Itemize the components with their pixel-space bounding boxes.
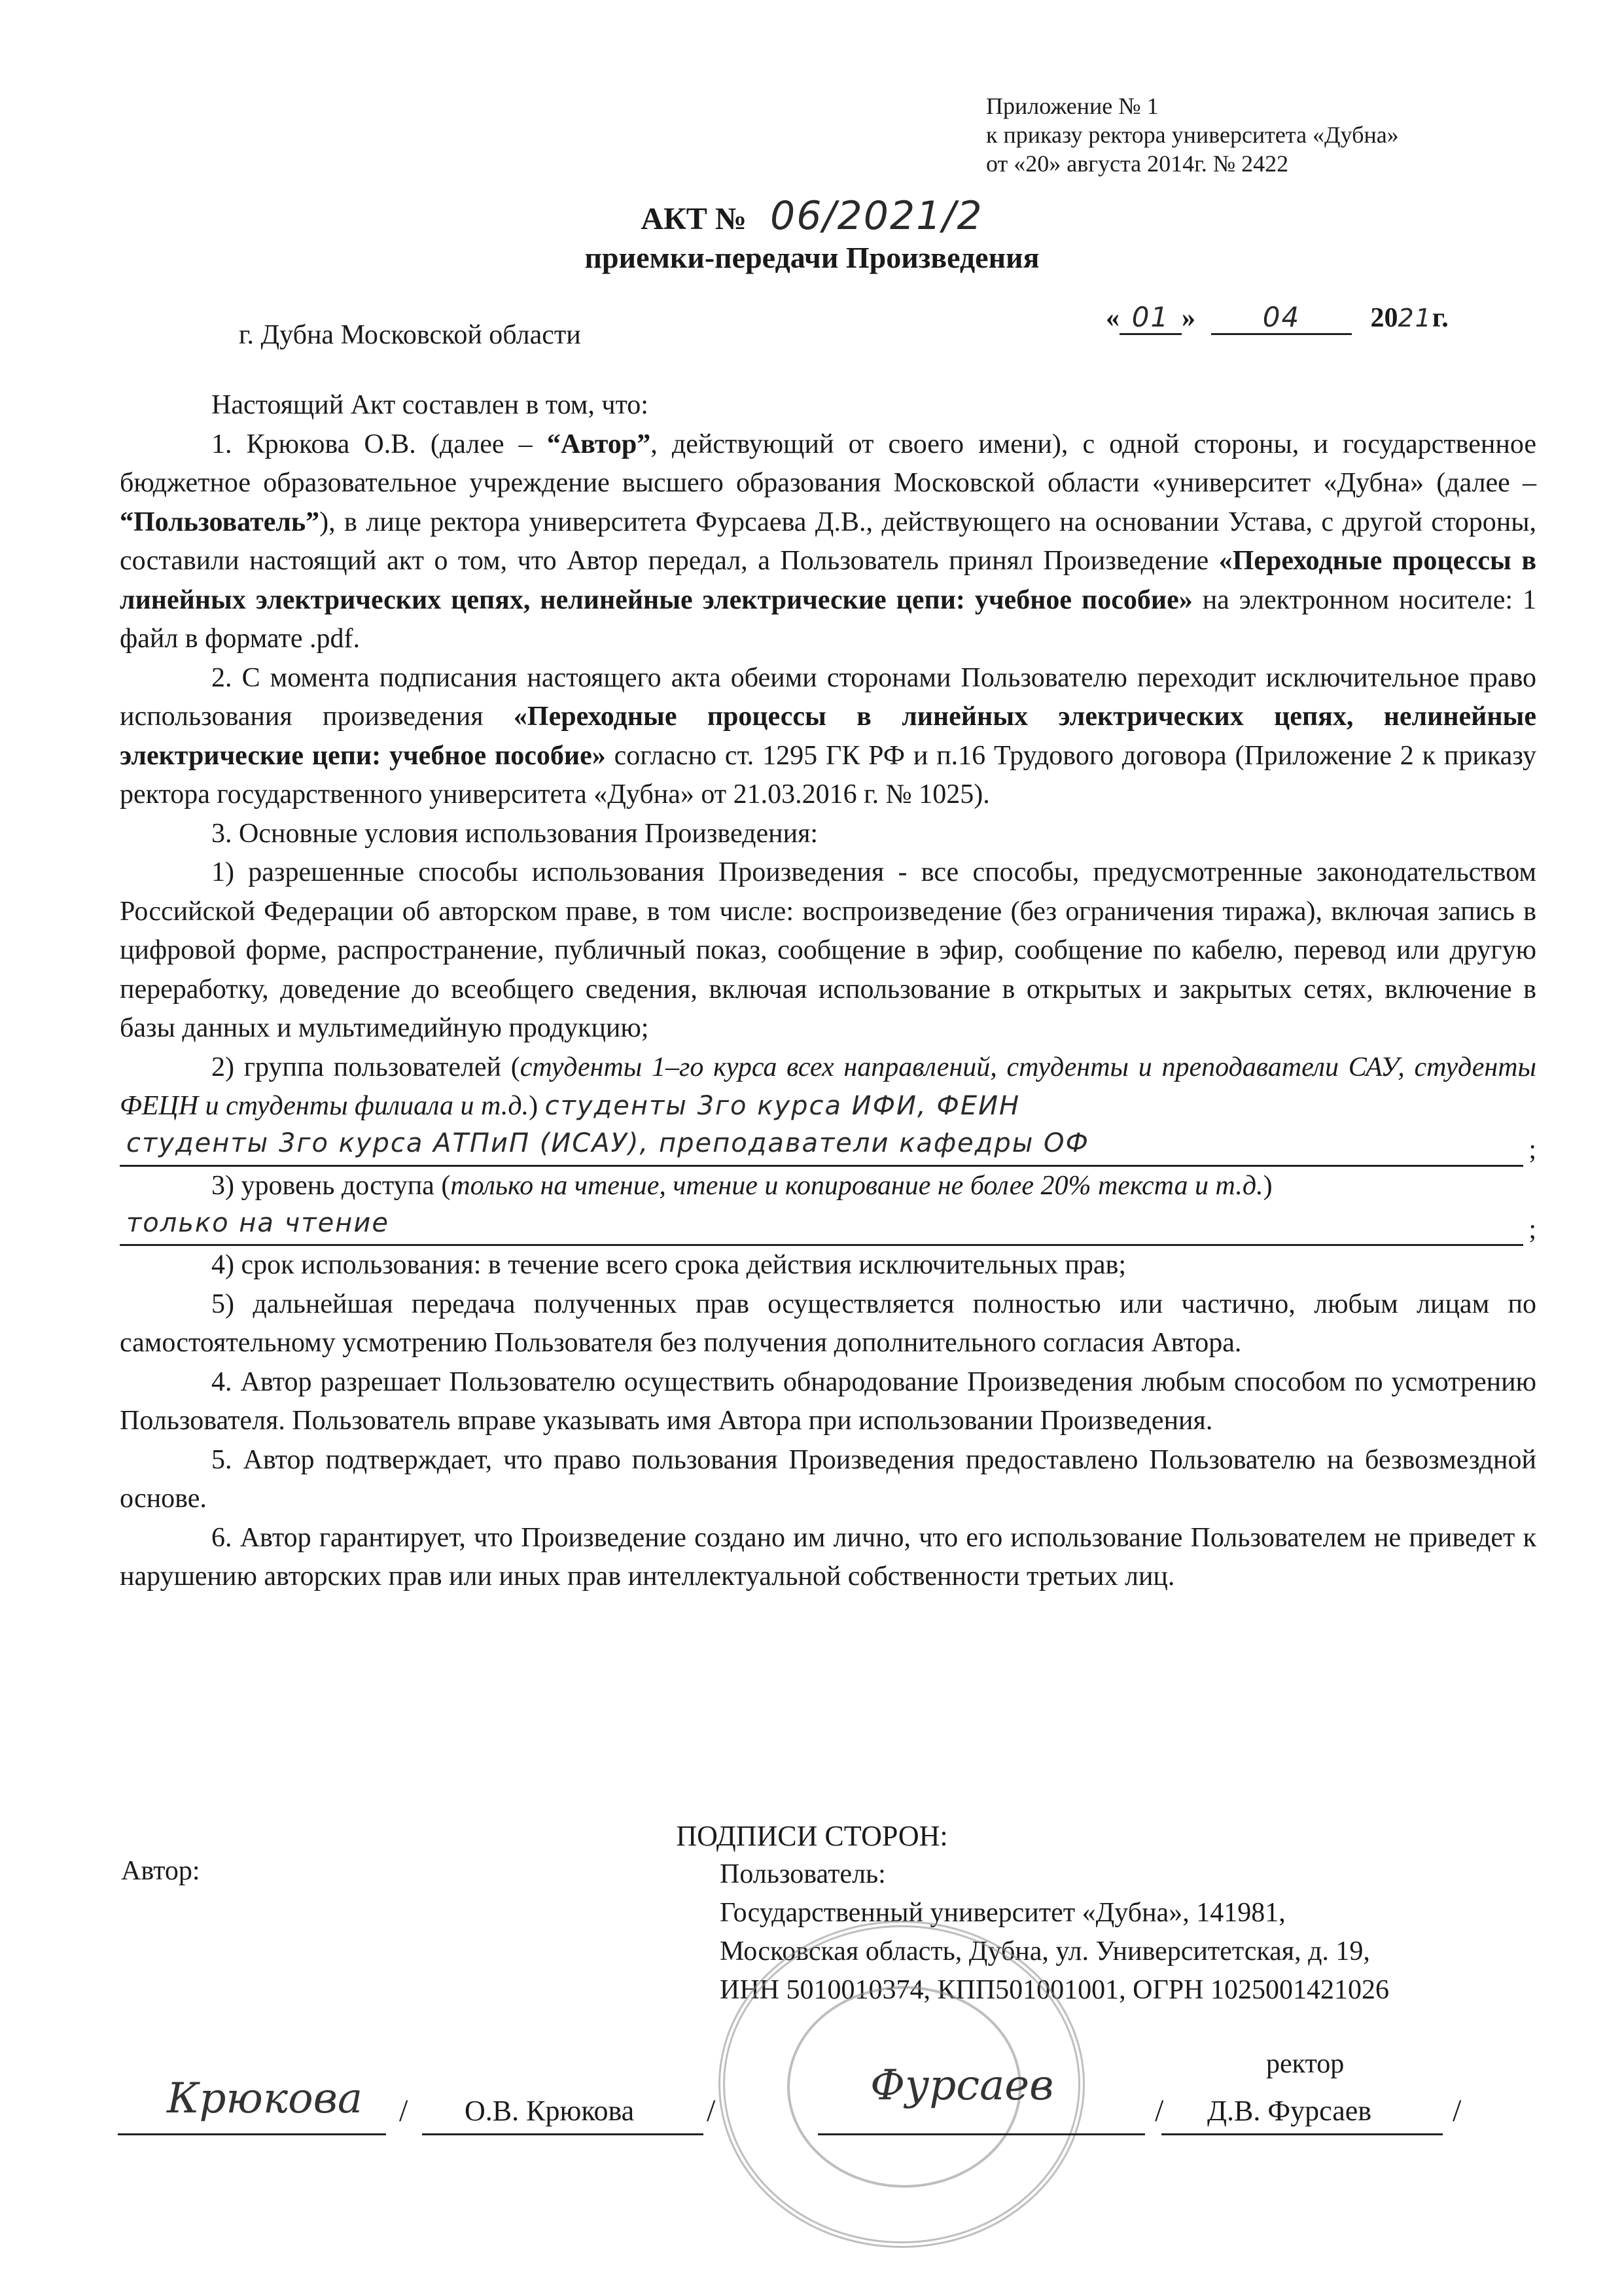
rector-name: Д.В. Фурсаев [1207, 2094, 1371, 2127]
clause-3-1: 1) разрешенные способы использования Про… [120, 853, 1536, 1048]
date-month-handwritten: 04 [1211, 301, 1352, 335]
appendix-order-ref: к приказу ректора университета «Дубна» [986, 120, 1399, 149]
author-label: Автор: [121, 1855, 200, 1887]
act-body: Настоящий Акт составлен в том, что: 1. К… [120, 386, 1536, 1597]
appendix-number: Приложение № 1 [986, 92, 1399, 120]
clause-3-4: 4) срок использования: в течение всего с… [120, 1246, 1536, 1285]
access-level-fill-line: только на чтение ; [120, 1205, 1523, 1246]
appendix-order-date: от «20» августа 2014г. № 2422 [986, 149, 1399, 178]
clause-3-2: 2) группа пользователей (студенты 1–го к… [120, 1048, 1536, 1126]
user-group-handwritten-2: студенты 3го курса АТПиП (ИСАУ), препода… [126, 1124, 1089, 1164]
author-signature: Крюкова [167, 2074, 362, 2123]
appendix-reference: Приложение № 1 к приказу ректора универс… [986, 92, 1399, 178]
signatures-title: ПОДПИСИ СТОРОН: [0, 1819, 1624, 1853]
date-year-handwritten: 21 [1398, 304, 1432, 332]
clause-5: 5. Автор подтверждает, что право пользов… [120, 1441, 1536, 1519]
author-name: О.В. Крюкова [465, 2094, 634, 2127]
date-day-handwritten: 01 [1120, 301, 1182, 335]
act-date: «01»04 2021г. [1106, 301, 1449, 335]
rector-title: ректор [1266, 2048, 1344, 2080]
clause-3-5: 5) дальнейшая передача полученных прав о… [120, 1285, 1536, 1363]
city: г. Дубна Московской области [239, 319, 581, 351]
user-group-fill-line: студенты 3го курса АТПиП (ИСАУ), препода… [120, 1126, 1523, 1167]
act-label: АКТ № [641, 202, 747, 236]
rector-signature: Фурсаев [870, 2061, 1053, 2110]
user-org: Государственный университет «Дубна», 141… [720, 1894, 1389, 1932]
user-label: Пользователь: [720, 1855, 1389, 1894]
clause-3: 3. Основные условия использования Произв… [120, 815, 1536, 854]
clause-2: 2. С момента подписания настоящего акта … [120, 659, 1536, 815]
date-year-suffix: г. [1432, 303, 1449, 333]
signature-row: Крюкова / О.В. Крюкова / Фурсаев / Д.В. … [0, 2081, 1624, 2160]
document-title: АКТ № 06/2021/2 приемки-передачи Произве… [0, 196, 1624, 277]
quote-open: « [1106, 303, 1120, 333]
clause-4: 4. Автор разрешает Пользователю осуществ… [120, 1363, 1536, 1441]
access-level-handwritten: только на чтение [126, 1204, 389, 1243]
date-year-prefix: 20 [1371, 303, 1398, 333]
act-subtitle: приемки-передачи Произведения [0, 239, 1624, 277]
act-number-handwritten: 06/2021/2 [770, 193, 983, 239]
clause-6: 6. Автор гарантирует, что Произведение с… [120, 1519, 1536, 1597]
intro-paragraph: Настоящий Акт составлен в том, что: [120, 386, 1536, 425]
user-group-handwritten-1: студенты 3го курса ИФИ, ФЕИН [545, 1091, 1021, 1121]
clause-3-3: 3) уровень доступа (только на чтение, чт… [120, 1167, 1536, 1206]
clause-1: 1. Крюкова О.В. (далее – “Автор”, действ… [120, 425, 1536, 659]
quote-close: » [1182, 303, 1195, 333]
